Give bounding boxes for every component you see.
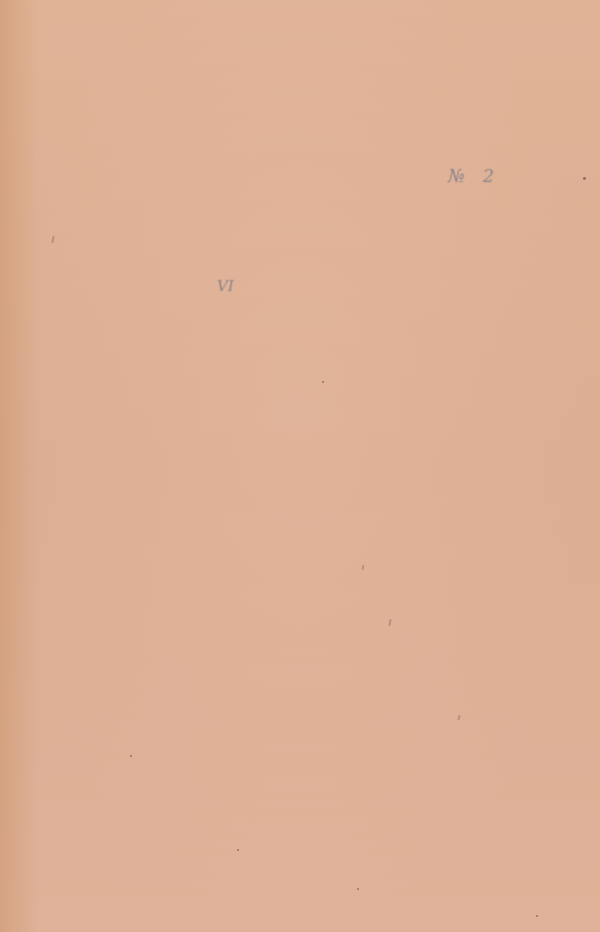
paper-fiber: [362, 565, 365, 570]
pencil-annotation-top: № 2: [448, 166, 500, 187]
paper-speck: [237, 849, 239, 851]
pencil-annotation-middle: VI: [217, 277, 234, 295]
paper-fiber: [388, 619, 391, 626]
paper-speck: [357, 888, 359, 890]
paper-speck: [583, 177, 586, 180]
paper-speck: [536, 915, 538, 917]
paper-speck: [130, 755, 132, 757]
blank-paper-page: № 2 VI: [0, 0, 600, 932]
paper-speck: [322, 381, 324, 383]
paper-fiber: [458, 715, 461, 720]
paper-fiber: [51, 236, 54, 243]
